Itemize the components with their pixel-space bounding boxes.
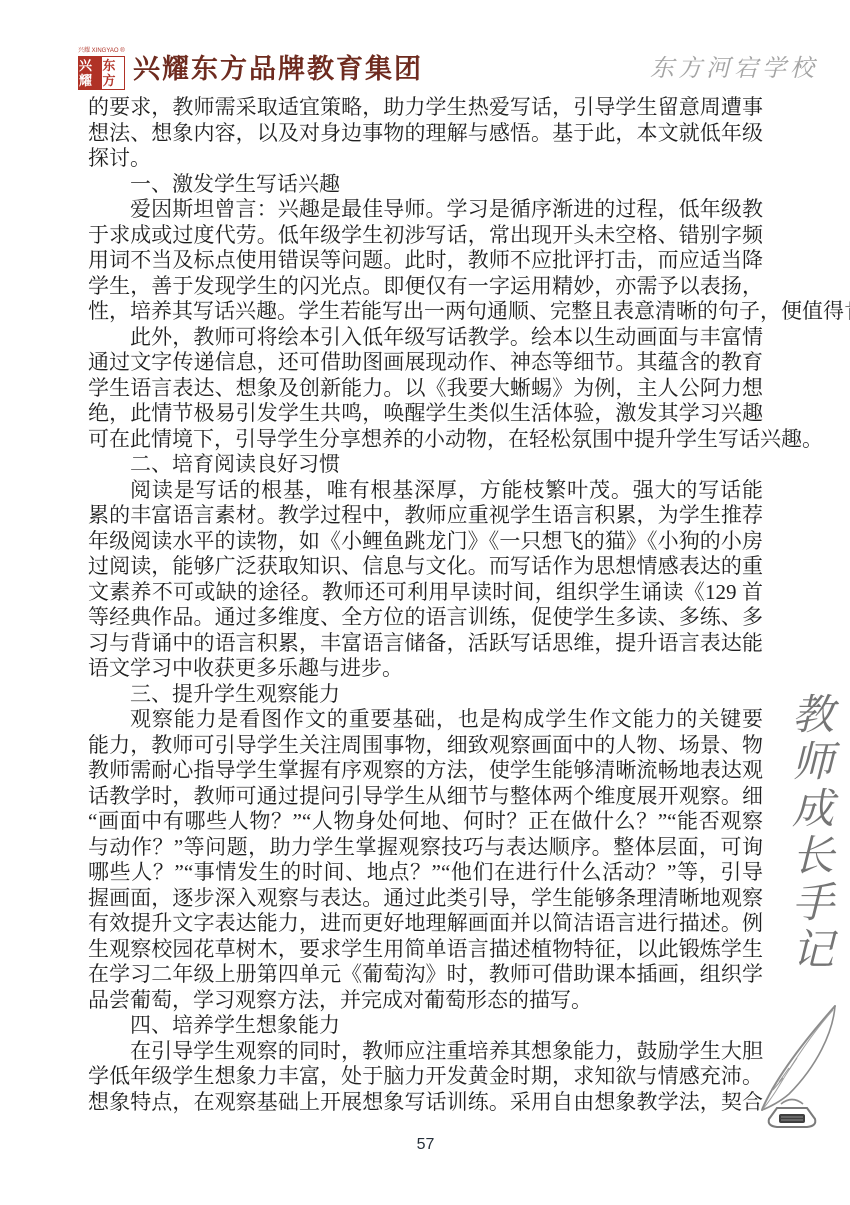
seal-left-text: 兴耀 bbox=[78, 56, 101, 90]
body-line: 的要求，教师需采取适宜策略，助力学生热爱写话，引导学生留意周遭事物，书写内心真实 bbox=[88, 95, 763, 121]
body-line: 习与背诵中的语言积累，丰富语言储备，活跃写话思维，提升语言表达能力，从而让学生在 bbox=[88, 631, 763, 657]
body-line: 等经典作品。通过多维度、全方位的语言训练，促使学生多读、多练、多背，实现阅读、练 bbox=[88, 605, 763, 631]
body-line: 文素养不可或缺的途径。教师还可利用早读时间，组织学生诵读《129 首古诗文，你读… bbox=[88, 580, 763, 606]
body-line: 于求成或过度代劳。低年级学生初涉写话，常出现开头未空格、错别字频出、语句不通顺、 bbox=[88, 223, 763, 249]
body-line: 四、培养学生想象能力 bbox=[88, 1013, 763, 1039]
watermark-vertical-text: 教师成长手记 bbox=[786, 692, 832, 992]
brand-seal-icon: 兴耀 XINGYAO ® 兴耀 东方 bbox=[78, 48, 125, 90]
article-body: 的要求，教师需采取适宜策略，助力学生热爱写话，引导学生留意周遭事物，书写内心真实… bbox=[88, 95, 763, 1115]
body-line: 用词不当及标点使用错误等问题。此时，教师不应批评打击，而应适当降低要求，积极鼓励 bbox=[88, 248, 763, 274]
body-line: 阅读是写话的根基，唯有根基深厚，方能枝繁叶茂。强大的写话能力，源于大量阅读积 bbox=[88, 478, 763, 504]
body-line: 学低年级学生想象力丰富，处于脑力开发黄金时期，求知欲与情感充沛。教师可依据小学生 bbox=[88, 1064, 763, 1090]
body-line: 能力，教师可引导学生关注周围事物，细致观察画面中的人物、场景、物品等细节。教学中… bbox=[88, 733, 763, 759]
page-footer: 57 bbox=[88, 1136, 763, 1154]
body-line: 话教学时，教师可通过提问引导学生从细节与整体两个维度展开观察。细节层面，可提问： bbox=[88, 784, 763, 810]
page-header: 兴耀 XINGYAO ® 兴耀 东方 兴耀东方品牌教育集团 东方河宕学校 bbox=[78, 48, 818, 94]
document-page: 兴耀 XINGYAO ® 兴耀 东方 兴耀东方品牌教育集团 东方河宕学校 的要求… bbox=[0, 0, 850, 1205]
body-line: 观察能力是看图作文的重要基础，也是构成学生作文能力的关键要素。为培养学生观察 bbox=[88, 707, 763, 733]
body-line: 有效提升文字表达能力，进而更好地理解画面并以简洁语言进行描述。例如，教师可带领学 bbox=[88, 911, 763, 937]
body-line: 想法、想象内容，以及对身边事物的理解与感悟。基于此，本文就低年级写话教学策略展开 bbox=[88, 121, 763, 147]
body-line: 语文学习中收获更多乐趣与进步。 bbox=[88, 656, 763, 682]
body-line: 累的丰富语言素材。教学过程中，教师应重视学生语言积累，为学生推荐篇幅短小、契合低 bbox=[88, 503, 763, 529]
seal-right-text: 东方 bbox=[101, 56, 126, 90]
body-line: 想象特点，在观察基础上开展想象写话训练。采用自由想象教学法，契合学生心理特征，对 bbox=[88, 1090, 763, 1116]
body-line: 学生，善于发现学生的闪光点。即便仅有一字运用精妙，亦需予以表扬，以此保护学生积极 bbox=[88, 274, 763, 300]
body-line: 哪些人？”“事情发生的时间、地点？”“他们在进行什么活动？”等，引导学生从整体把 bbox=[88, 860, 763, 886]
body-line: 性，培养其写话兴趣。学生若能写出一两句通顺、完整且表意清晰的句子，便值得肯定。 bbox=[88, 299, 763, 325]
page-number: 57 bbox=[417, 1136, 435, 1153]
seal-top-text: 兴耀 XINGYAO ® bbox=[78, 48, 125, 55]
body-line: 教师需耐心指导学生掌握有序观察的方法，使学生能够清晰流畅地表达观察所得。在看图写 bbox=[88, 758, 763, 784]
quill-ink-icon bbox=[755, 1002, 843, 1136]
seal-body: 兴耀 东方 bbox=[78, 56, 125, 90]
body-line: 绝，此情节极易引发学生共鸣，唤醒学生类似生活体验，激发其学习兴趣与表达欲望。教师 bbox=[88, 401, 763, 427]
body-line: 探讨。 bbox=[88, 146, 763, 172]
body-line: 在引导学生观察的同时，教师应注重培养其想象能力，鼓励学生大胆表达个人想法。小 bbox=[88, 1039, 763, 1065]
body-line: 过阅读，能够广泛获取知识、信息与文化。而写话作为思想情感表达的重要方式，是提升语 bbox=[88, 554, 763, 580]
body-line: 握画面，逐步深入观察与表达。通过此类引导，学生能够条理清晰地观察与表达画面内容， bbox=[88, 886, 763, 912]
body-line: 可在此情境下，引导学生分享想养的小动物，在轻松氛围中提升学生写话兴趣。 bbox=[88, 427, 763, 453]
body-line: “画面中有哪些人物？”“人物身处何地、何时？正在做什么？”“能否观察到人物的表情 bbox=[88, 809, 763, 835]
body-line: 二、培育阅读良好习惯 bbox=[88, 452, 763, 478]
body-line: 与动作？”等问题，助力学生掌握观察技巧与表达顺序。整体层面，可询问：“图中描绘了 bbox=[88, 835, 763, 861]
brand-title: 兴耀东方品牌教育集团 bbox=[133, 48, 423, 90]
body-line: 年级阅读水平的读物，如《小鲤鱼跳龙门》《一只想飞的猫》《小狗的小房子》等。学生通 bbox=[88, 529, 763, 555]
body-line: 一、激发学生写话兴趣 bbox=[88, 172, 763, 198]
body-line: 生观察校园花草树木，要求学生用简单语言描述植物特征，以此锻炼学生观察与表达能力。 bbox=[88, 937, 763, 963]
school-name: 东方河宕学校 bbox=[650, 54, 818, 84]
body-line: 学生语言表达、想象及创新能力。以《我要大蜥蜴》为例，主人公阿力想养蜥蜴却遭母亲拒 bbox=[88, 376, 763, 402]
body-line: 此外，教师可将绘本引入低年级写话教学。绘本以生动画面与丰富情节为特色，不仅能 bbox=[88, 325, 763, 351]
body-line: 爱因斯坦曾言：兴趣是最佳导师。学习是循序渐进的过程，低年级教学中，教师切忌急 bbox=[88, 197, 763, 223]
body-line: 通过文字传递信息，还可借助图画展现动作、神态等细节。其蕴含的教育价值，有助于培养 bbox=[88, 350, 763, 376]
brand-logo: 兴耀 XINGYAO ® 兴耀 东方 兴耀东方品牌教育集团 bbox=[78, 48, 423, 90]
body-line: 品尝葡萄，学习观察方法，并完成对葡萄形态的描写。 bbox=[88, 988, 763, 1014]
body-line: 三、提升学生观察能力 bbox=[88, 682, 763, 708]
body-line: 在学习二年级上册第四单元《葡萄沟》时，教师可借助课本插画，组织学生通过观察、触摸… bbox=[88, 962, 763, 988]
